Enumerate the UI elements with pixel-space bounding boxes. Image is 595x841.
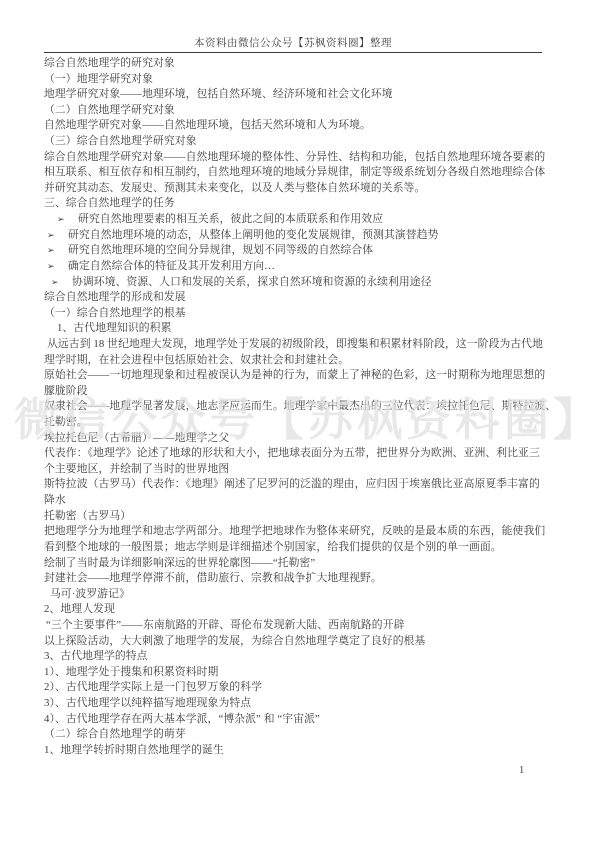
text-line: 马可·波罗游记》 [44,587,546,603]
header-rule [44,52,542,53]
text-line: 从远古到 18 世纪地理大发现，地理学处于发展的初级阶段，即搜集和积累材料阶段，… [44,337,546,353]
text-line: 1、地理学转折时期自然地理学的诞生 [44,743,546,759]
bullet-text: 研究自然地理环境的空间分异规律，规划不同等级的自然综合体 [68,244,373,256]
bullet-text: 研究自然地理环境的动态，从整体上阐明他的变化发展规律，预测其演替趋势 [68,229,439,241]
text-line: 埃拉托色尼（古希腊）——地理学之父 [44,431,546,447]
text-line: （一）地理学研究对象 [44,72,546,88]
bullet-line: ➢协调环境、资源、人口和发展的关系，探求自然环境和资源的永续利用途径 [44,275,546,291]
text-line: 1、古代地理知识的积累 [44,321,546,337]
text-line: 地理学研究对象——地理环境，包括自然环境、经济环境和社会文化环境 [44,87,546,103]
text-line: 把地理学分为地理学和地志学两部分。地理学把地球作为整体来研究，反映的是最本质的东… [44,524,546,540]
text-line: 综合自然地理学的研究对象 [44,56,546,72]
text-line: 个主要地区，并绘制了当时的世界地图 [44,462,546,478]
bullet-text: 研究自然地理要素的相互关系，彼此之间的本质联系和作用效应 [78,213,383,225]
text-line: （二）自然地理学研究对象 [44,103,546,119]
text-line: 封建社会——地理学停滞不前，借助旅行、宗教和战争扩大地理视野。 [44,571,546,587]
text-line: 降水 [44,493,546,509]
arrow-bullet-icon: ➢ [51,276,72,292]
text-line: 综合自然地理学研究对象——自然地理环境的整体性、分异性、结构和功能，包括自然地理… [44,150,546,166]
bullet-line: ➢研究自然地理环境的动态，从整体上阐明他的变化发展规律，预测其演替趋势 [44,228,546,244]
bullet-line: ➢研究自然地理要素的相互关系，彼此之间的本质联系和作用效应 [44,212,546,228]
text-line: （一）综合自然地理学的根基 [44,306,546,322]
arrow-bullet-icon: ➢ [57,213,78,229]
text-line: 托勒密（古罗马） [44,509,546,525]
text-line: 看到整个地球的一般图景；地志学则是详细描述个别国家，给我们提供的仅是个别的单一画… [44,540,546,556]
text-line: （三）综合自然地理学研究对象 [44,134,546,150]
text-line: 朦胧阶段 [44,384,546,400]
text-line: 奴隶社会——地理学显著发展，地志学应运而生。地理学家中最杰出的三位代表：埃拉托色… [44,399,546,415]
text-line: 斯特拉波（古罗马）代表作：《地理》阐述了尼罗河的泛滥的理由，应归因于埃塞俄比亚高… [44,477,546,493]
text-line: 三、综合自然地理学的任务 [44,196,546,212]
text-line: （二）综合自然地理学的萌芽 [44,727,546,743]
text-line: 4）、古代地理学存在两大基本学派，“博杂派” 和 “宇宙派” [44,712,546,728]
bullet-text: 确定自然综合体的特征及其开发利用方向… [68,260,275,272]
text-line: 并研究其动态、发展史、预测其未来变化，以及人类与整体自然环境的关系等。 [44,181,546,197]
page-header: 本资料由微信公众号【苏枫资料圈】整理 [44,37,542,50]
text-line: 1）、地理学处于搜集和积累资料时期 [44,665,546,681]
text-line: 代表作：《地理学》论述了地球的形状和大小，把地球表面分为五带，把世界分为欧洲、亚… [44,446,546,462]
bullet-text: 协调环境、资源、人口和发展的关系，探求自然环境和资源的永续利用途径 [72,276,432,288]
page-number: 1 [519,765,524,776]
bullet-line: ➢研究自然地理环境的空间分异规律，规划不同等级的自然综合体 [44,243,546,259]
document-page: 本资料由微信公众号【苏枫资料圈】整理 综合自然地理学的研究对象（一）地理学研究对… [0,0,595,841]
text-line: 原始社会——一切地理现象和过程被误认为是神的行为，而蒙上了神秘的色彩，这一时期称… [44,368,546,384]
text-line: 理学时期，在社会进程中包括原始社会、奴隶社会和封建社会。 [44,353,546,369]
arrow-bullet-icon: ➢ [47,244,68,260]
arrow-bullet-icon: ➢ [47,260,68,276]
text-line: 绘制了当时最为详细影响深远的世界轮廓图——“托勒密” [44,556,546,572]
document-body: 综合自然地理学的研究对象（一）地理学研究对象地理学研究对象——地理环境，包括自然… [44,56,546,758]
text-line: 自然地理学研究对象——自然地理环境，包括天然环境和人为环境。 [44,118,546,134]
text-line: 2）、古代地理学实际上是一门包罗万象的科学 [44,680,546,696]
text-line: 综合自然地理学的形成和发展 [44,290,546,306]
bullet-line: ➢确定自然综合体的特征及其开发利用方向… [44,259,546,275]
text-line: 2、地理人发现 [44,602,546,618]
text-line: “三个主要事件”——东南航路的开辟、哥伦布发现新大陆、西南航路的开辟 [44,618,546,634]
text-line: 3、古代地理学的特点 [44,649,546,665]
text-line: 托勒密。 [44,415,546,431]
text-line: 3）、古代地理学以纯粹描写地理现象为特点 [44,696,546,712]
text-line: 以上探险活动，大大刺激了地理学的发展，为综合自然地理学奠定了良好的根基 [44,634,546,650]
arrow-bullet-icon: ➢ [47,229,68,245]
text-line: 相互联系、相互依存和相互制约，自然地理环境的地域分异规律，制定等级系统划分各级自… [44,165,546,181]
